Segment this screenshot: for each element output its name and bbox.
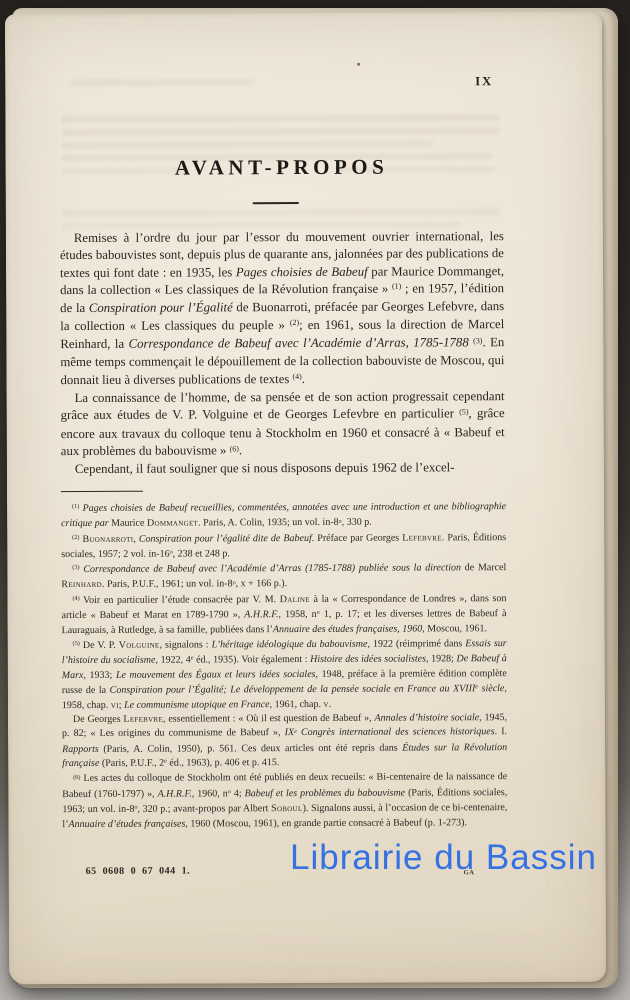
page-number: IX — [475, 74, 493, 89]
footnote-separator — [61, 491, 143, 493]
show-through-ghost — [61, 127, 499, 136]
body-paragraph: La connaissance de l’homme, de sa pensée… — [61, 388, 505, 461]
show-through-ghost — [61, 140, 433, 149]
body-text: Remises à l’ordre du jour par l’essor du… — [60, 228, 505, 479]
body-paragraph: Remises à l’ordre du jour par l’essor du… — [60, 228, 505, 390]
footnote-4: (4) Voir en particulier l’étude consacré… — [61, 592, 506, 639]
print-code: 65 0608 0 67 044 1. — [86, 866, 191, 877]
footnotes: (1) Pages choisies de Babeuf recueillies… — [61, 500, 507, 832]
title-divider — [253, 202, 299, 204]
show-through-ghost — [61, 114, 499, 123]
footnote-2: (2) Buonarroti, Conspiration pour l’égal… — [61, 531, 506, 564]
footnote-5-continued: De Georges Lefebvre, essentiellement : «… — [62, 711, 507, 772]
bookseller-watermark: Librairie du Bassin — [290, 838, 597, 878]
page-title: AVANT-PROPOS — [60, 154, 504, 181]
footnote-5: (5) De V. P. Volguine, signalons : L’hér… — [62, 637, 507, 713]
footnote-6: (6) Les actes du colloque de Stockholm o… — [62, 770, 507, 832]
show-through-ghost — [69, 79, 254, 86]
paper-speck — [357, 63, 360, 66]
footnote-3: (3) Correspondance de Babeuf avec l’Acad… — [61, 561, 506, 594]
photo-background: IX AVANT-PROPOS Remises à l’ordre du jou… — [0, 0, 630, 1000]
show-through-ghost — [62, 208, 500, 217]
footnote-1: (1) Pages choisies de Babeuf recueillies… — [61, 500, 506, 533]
body-paragraph: Cependant, il faut souligner que si nous… — [61, 460, 505, 479]
